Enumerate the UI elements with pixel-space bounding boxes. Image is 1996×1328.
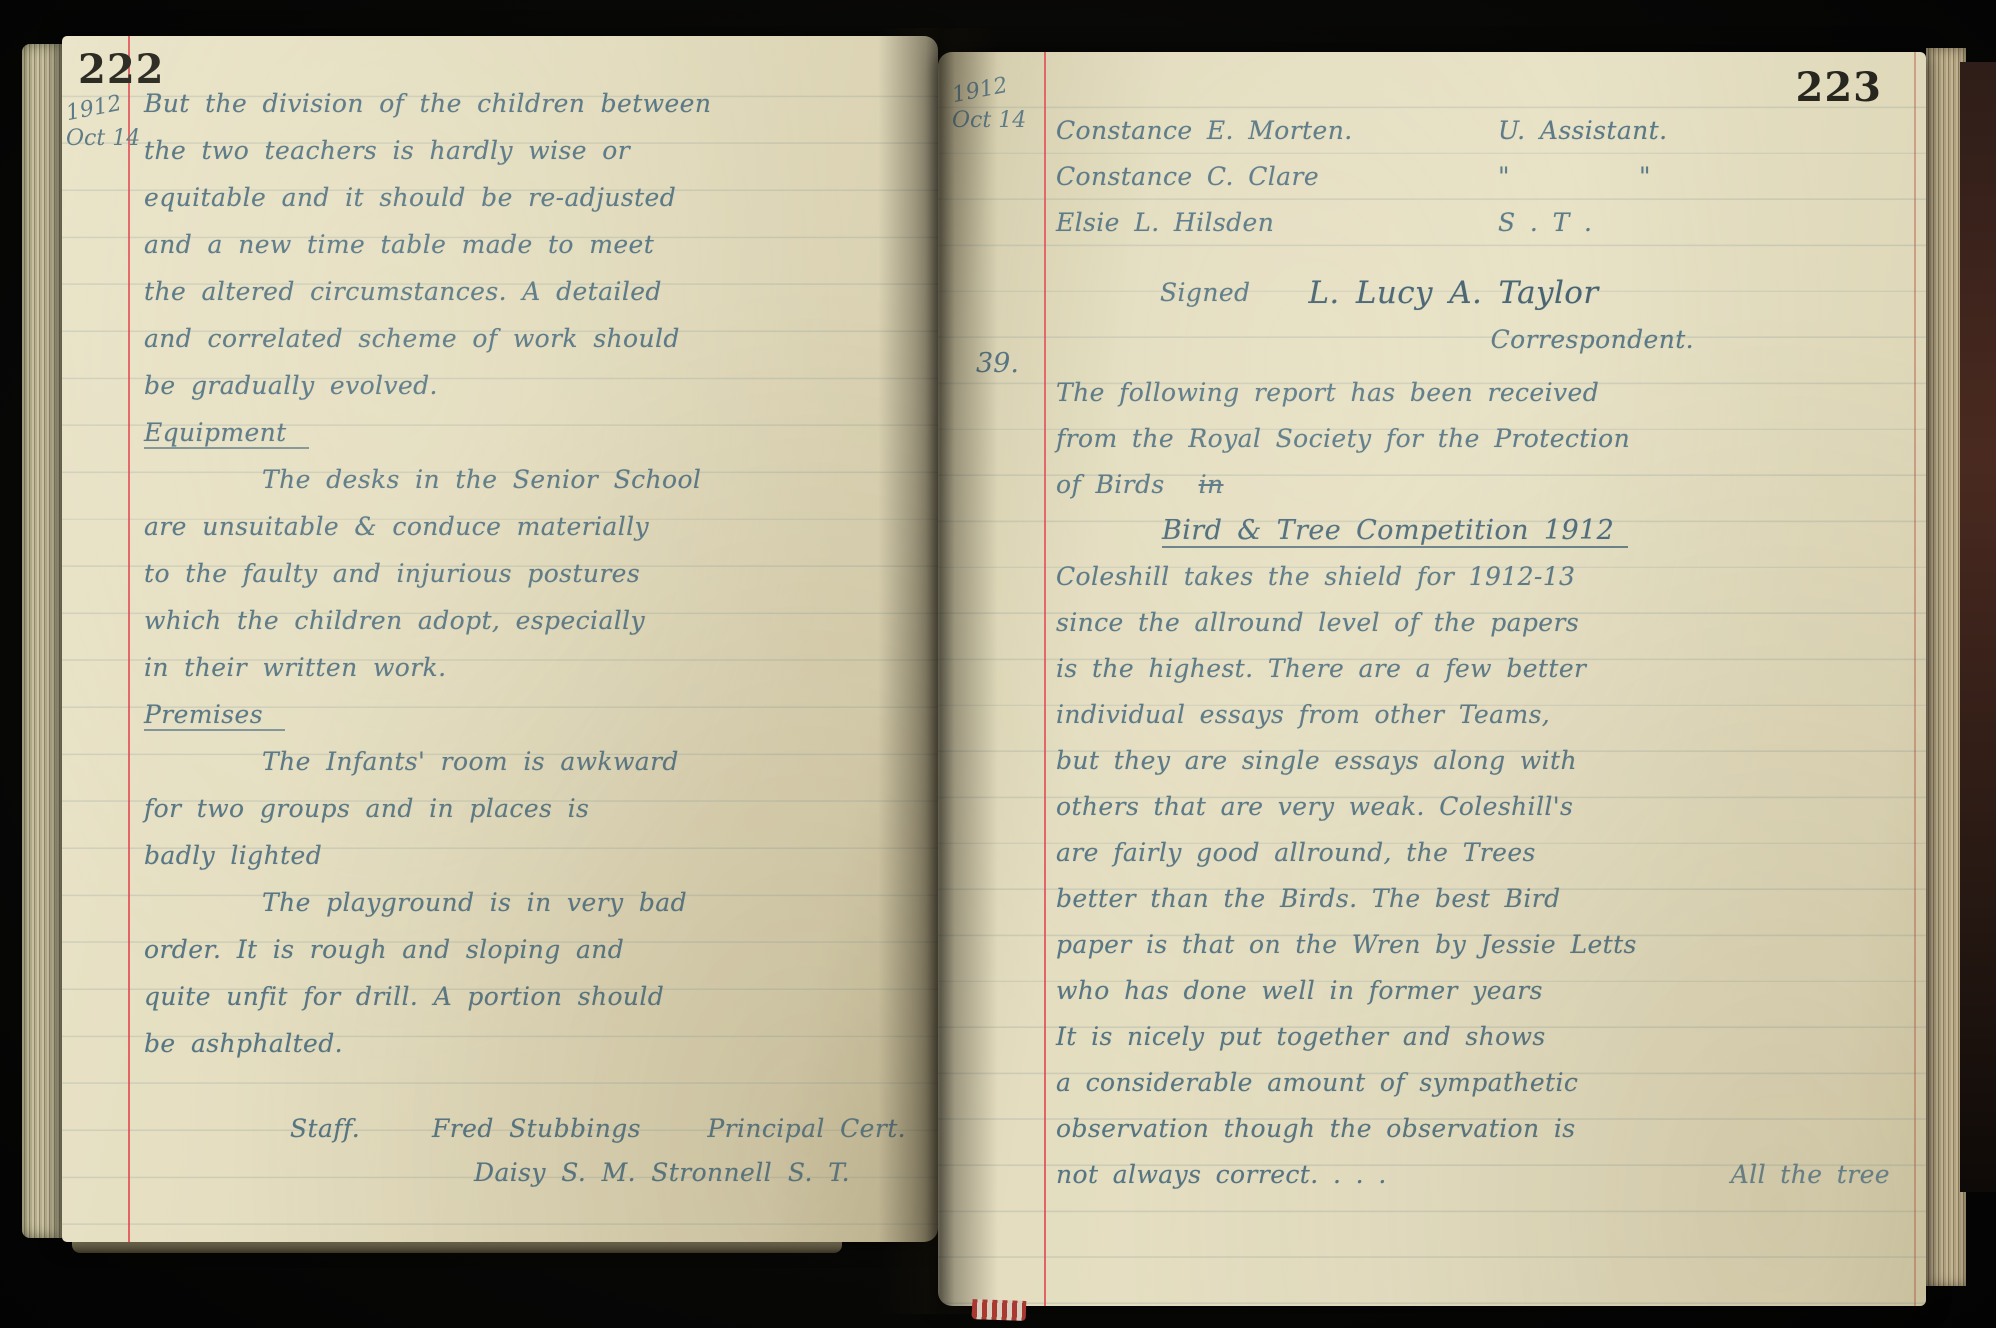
handwriting-line: paper is that on the Wren by Jessie Lett… [1056,922,1900,968]
handwriting-line: Coleshill takes the shield for 1912-13 [1056,554,1900,600]
handwriting-line: The playground is in very bad [144,879,912,926]
handwriting-line: from the Royal Society for the Protectio… [1056,416,1900,462]
last-line-tail: All the tree [1731,1152,1890,1198]
red-margin-line [1044,52,1046,1306]
handwriting-line: observation though the observation is [1056,1106,1900,1152]
staff-name: Elsie L. Hilsden [1056,200,1498,246]
staff-list-row: Constance E. Morten. U. Assistant. [1056,108,1900,154]
handwriting-line: who has done well in former years [1056,968,1900,1014]
staff-name: Fred Stubbings [432,1107,641,1151]
left-page-edge-stack [22,44,62,1238]
handwriting-line: be ashphalted. [144,1020,912,1067]
report-heading: Bird & Tree Competition 1912 [1056,508,1900,554]
handwriting-line: and a new time table made to meet [144,221,912,268]
blank-space [144,1067,912,1107]
handwriting-line: It is nicely put together and shows [1056,1014,1900,1060]
last-line-left: not always correct. . . . [1056,1152,1387,1198]
handwriting-line: equitable and it should be re-adjusted [144,174,912,221]
staff-name: Constance C. Clare [1056,154,1498,200]
handwriting-line: of Birdsin [1056,462,1900,508]
handwriting-line: The desks in the Senior School [144,456,912,503]
handwriting-line: The Infants' room is awkward [144,738,912,785]
under-page-edge [72,1242,842,1253]
staff-row: Daisy S. M. Stronnell S. T. [144,1151,912,1195]
staff-label: Staff. [290,1107,360,1151]
staff-name: Daisy S. M. Stronnell [474,1151,772,1195]
staff-list-row: Constance C. Clare " " [1056,154,1900,200]
handwriting-line: not always correct. . . . All the tree [1056,1152,1900,1198]
handwriting-line: quite unfit for drill. A portion should [144,973,912,1020]
handwritten-entry: But the division of the children between… [144,80,912,1195]
handwriting-line: the altered circumstances. A detailed [144,268,912,315]
handwriting-line: the two teachers is hardly wise or [144,127,912,174]
margin-date: 1912 Oct 14 [952,76,1026,136]
section-heading-equipment: Equipment [144,409,912,456]
handwriting-line: are fairly good allround, the Trees [1056,830,1900,876]
red-edge-line [1914,52,1916,1306]
margin-date-day: Oct 14 [66,124,140,154]
blank-space [1056,362,1900,370]
handwriting-line: others that are very weak. Coleshill's [1056,784,1900,830]
margin-date: 1912 Oct 14 [66,94,140,154]
handwriting-line: is the highest. There are a few better [1056,646,1900,692]
handwriting-line: which the children adopt, especially [144,597,912,644]
staff-role: S. T. [788,1151,850,1195]
handwriting-line: individual essays from other Teams, [1056,692,1900,738]
left-page: 222 1912 Oct 14 But the division of the … [62,36,938,1242]
blank-space [1056,246,1900,268]
handwriting-line: are unsuitable & conduce materially [144,503,912,550]
handwriting-line: be gradually evolved. [144,362,912,409]
handwriting-line: a considerable amount of sympathetic [1056,1060,1900,1106]
staff-role: U. Assistant. [1498,108,1667,154]
handwriting-line: badly lighted [144,832,912,879]
staff-role: S . T . [1498,200,1592,246]
red-margin-line [128,36,130,1242]
book-cover-edge [1960,62,1996,1192]
handwriting-line: to the faulty and injurious postures [144,550,912,597]
handwriting-line: The following report has been received [1056,370,1900,416]
signed-label: Signed [1160,268,1250,318]
handwriting-line: in their written work. [144,644,912,691]
handwriting-line: for two groups and in places is [144,785,912,832]
right-page: 223 1912 Oct 14 39. Constance E. Morten.… [938,52,1926,1306]
struck-out-word: in [1199,470,1224,499]
handwriting-line: But the division of the children between [144,80,912,127]
staff-row: Staff. Fred Stubbings Principal Cert. [144,1107,912,1151]
staff-role-ditto: " " [1498,154,1651,200]
entry-number: 39. [976,348,1019,379]
staff-role: Principal Cert. [707,1107,906,1151]
margin-date-day: Oct 14 [952,106,1026,136]
book-headband [972,1299,1027,1321]
signature-role: Correspondent. [1056,318,1900,362]
handwriting-line: and correlated scheme of work should [144,315,912,362]
signature: L. Lucy A. Taylor [1308,268,1598,318]
handwriting-line: but they are single essays along with [1056,738,1900,784]
handwriting-line: order. It is rough and sloping and [144,926,912,973]
signature-row: Signed L. Lucy A. Taylor [1056,268,1900,318]
handwriting-line: since the allround level of the papers [1056,600,1900,646]
logbook-scan: 222 1912 Oct 14 But the division of the … [0,0,1996,1328]
staff-name: Constance E. Morten. [1056,108,1498,154]
section-heading-premises: Premises [144,691,912,738]
handwriting-line: better than the Birds. The best Bird [1056,876,1900,922]
staff-list-row: Elsie L. Hilsden S . T . [1056,200,1900,246]
page-number: 223 [1796,64,1883,111]
handwritten-entry: Constance E. Morten. U. Assistant. Const… [1056,108,1900,1198]
